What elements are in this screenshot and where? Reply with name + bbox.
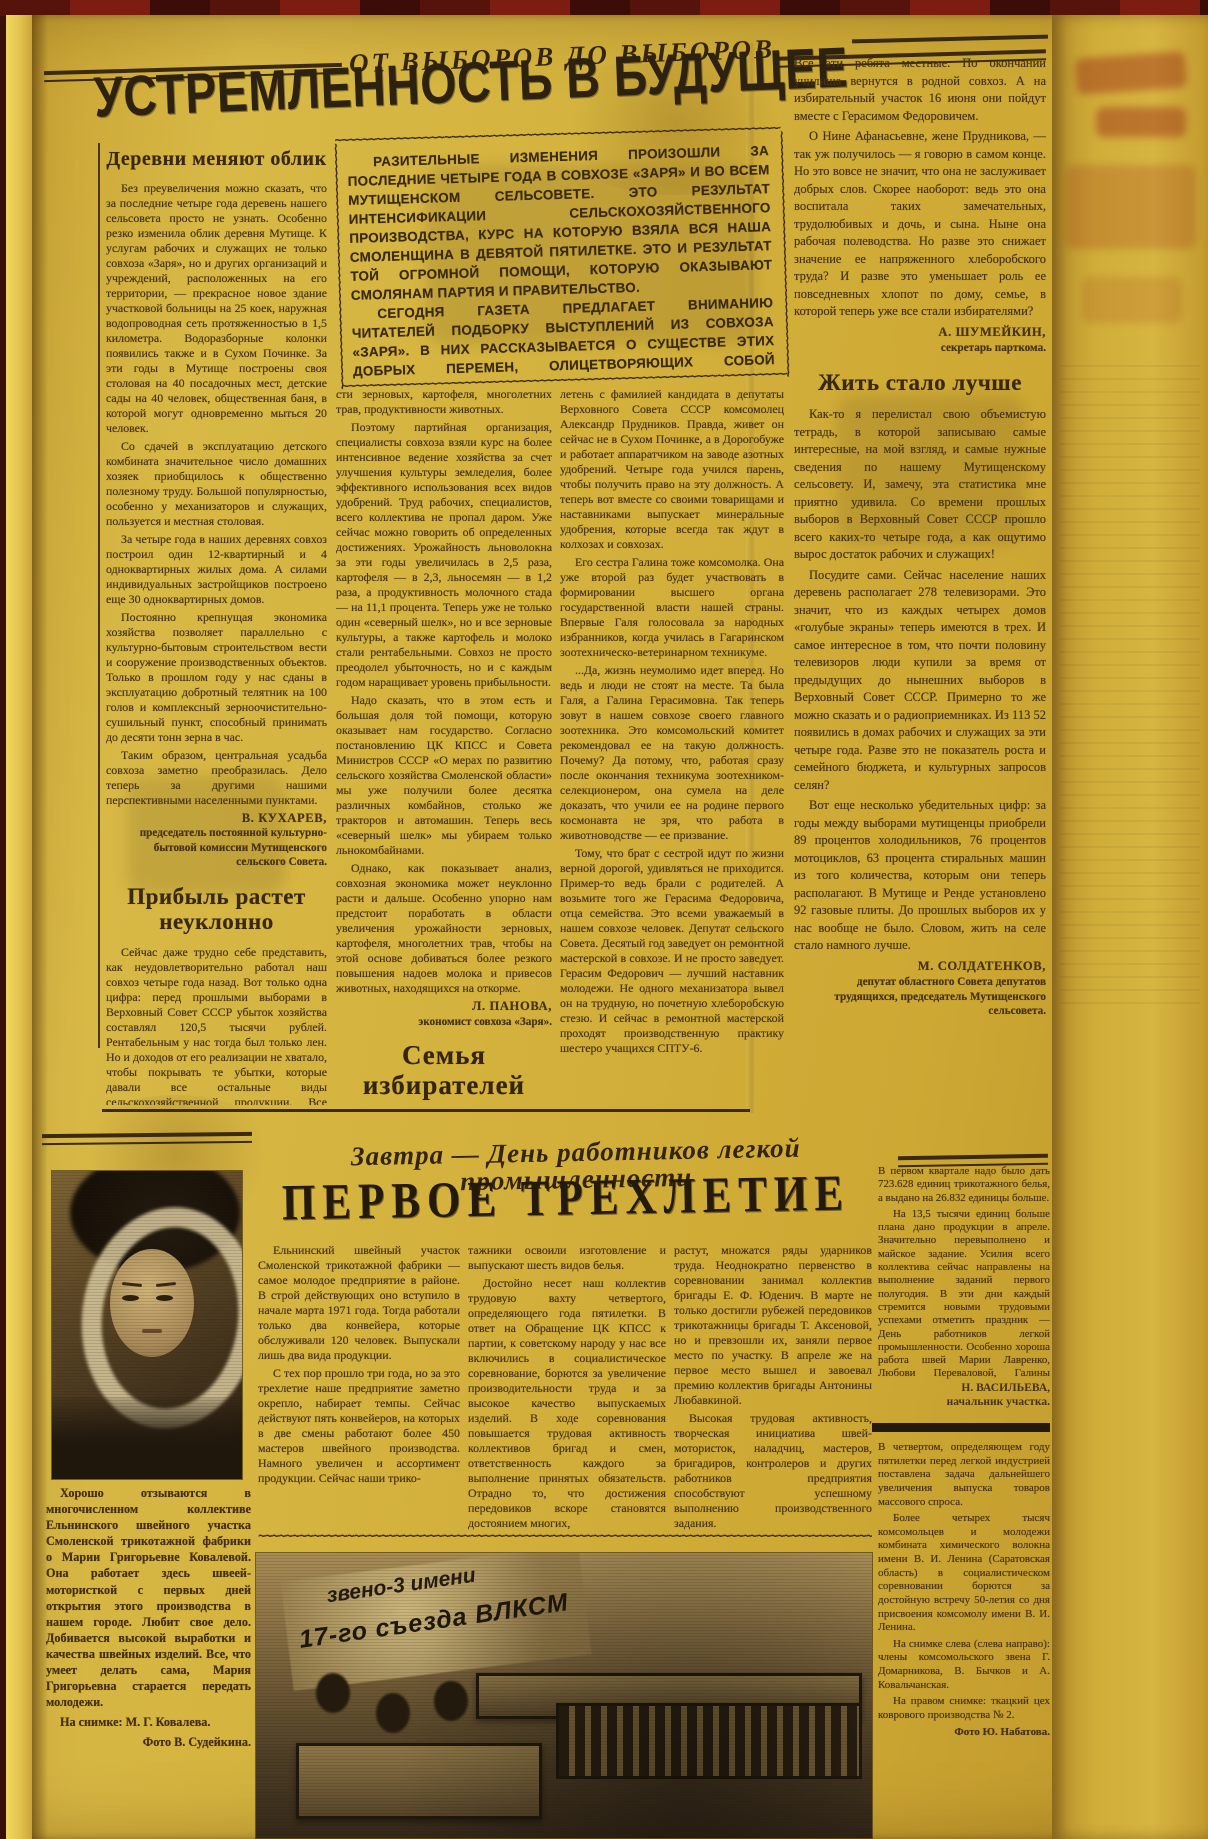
body-text: Более четырех тысяч комсомольцев и молод… <box>878 1512 1050 1635</box>
body-text: растут, множатся ряды ударников труда. Н… <box>674 1243 872 1408</box>
red-print-smudge <box>1082 277 1182 323</box>
signature: Л. ПАНОВА, экономист совхоза «Заря». <box>336 999 552 1029</box>
top-rule <box>852 35 1048 44</box>
body-text: На правом снимке: ткацкий цех коврового … <box>878 1695 1050 1722</box>
signature-name: А. ШУМЕЙКИН, <box>794 324 1046 342</box>
signature-name: Л. ПАНОВА, <box>336 999 552 1015</box>
lead-paragraph: СЕГОДНЯ ГАЗЕТА ПРЕДЛАГАЕТ ВНИМАНИЮ ЧИТАТ… <box>351 293 775 379</box>
column-right: Все эти ребята местные. По окончании учи… <box>794 55 1046 1083</box>
body-text: В четвертом, определяющем году пятилетки… <box>878 1441 1050 1509</box>
signature-role: экономист совхоза «Заря». <box>336 1015 552 1029</box>
body-text: На снимке слева (слева направо): члены к… <box>878 1638 1050 1693</box>
wavy-border-left: ~~~~~~~~~~~~~~~~~~~~~~~~~~~~~~~~~~~~~~~~ <box>331 143 346 389</box>
article-title-family: Семья избирателей <box>336 1041 552 1100</box>
body-text: Ельнинский швейный участок Смоленской тр… <box>258 1243 460 1363</box>
signature-role: депутат областного Совета депутатов труд… <box>794 975 1046 1018</box>
body-text: летень с фамилией кандидата в депутаты В… <box>560 387 784 552</box>
red-print-smudge <box>1075 51 1187 95</box>
column-middle-2: летень с фамилией кандидата в депутаты В… <box>560 387 784 1137</box>
adjacent-page-fragment <box>1052 15 1208 1839</box>
bottom-right-column: В первом квартале надо было дать 723.628… <box>878 1165 1050 1379</box>
body-text: Все эти ребята местные. По окончании учи… <box>794 55 1046 125</box>
article-title-profit: Прибыль растет неуклонно <box>106 885 327 935</box>
column-middle-1: сти зерновых, картофеля, многолетних тра… <box>336 387 552 1103</box>
photo-caption: Хорошо отзываются в многочисленном колле… <box>46 1485 251 1755</box>
photo-woman-portrait <box>52 1171 242 1479</box>
signature-role: начальник участка. <box>947 1396 1050 1408</box>
signature: Н. ВАСИЛЬЕВА, начальник участка. <box>878 1381 1050 1410</box>
red-print-smudge <box>1096 107 1186 137</box>
photo-credit: Фото Ю. Набатова. <box>878 1726 1050 1740</box>
body-text: Поэтому партийная организация, специалис… <box>336 420 552 690</box>
body-text: тажники освоили изготовление и выпускают… <box>468 1243 666 1273</box>
heavy-rule <box>872 1423 1050 1432</box>
signature: М. СОЛДАТЕНКОВ, депутат областного Совет… <box>794 958 1046 1019</box>
body-text: На 13,5 тысячи единиц больше плана дано … <box>878 1208 1050 1379</box>
caption-note: На снимке: М. Г. Ковалева. <box>46 1714 251 1730</box>
faint-text-lines <box>1060 365 1200 1005</box>
column-rule <box>98 143 100 1048</box>
body-text: О Нине Афанасьевне, жене Прудникова, — т… <box>794 128 1046 321</box>
halftone-overlay <box>52 1171 242 1479</box>
scan-top-border <box>0 0 1208 16</box>
banner-rule-left <box>42 1132 252 1145</box>
lead-box: ~~~~~~~~~~~~~~~~~~~~~~~~~~~~~~~~~~~~~~~~… <box>335 131 788 389</box>
wavy-border-right: ~~~~~~~~~~~~~~~~~~~~~~~~~~~~~~~~~~~~~~~~ <box>776 131 791 377</box>
signature: В. КУХАРЕВ, председатель постоянной куль… <box>106 811 327 870</box>
newspaper-page: ОТ ВЫБОРОВ ДО ВЫБОРОВ УСТРЕМЛЕННОСТЬ В Б… <box>6 15 1208 1839</box>
body-text: сти зерновых, картофеля, многолетних тра… <box>336 387 552 417</box>
halftone-overlay <box>256 1553 872 1838</box>
lead-paragraph: РАЗИТЕЛЬНЫЕ ИЗМЕНЕНИЯ ПРОИЗОШЛИ ЗА ПОСЛЕ… <box>347 141 773 305</box>
body-text: Постоянно крепнущая экономика хозяйства … <box>106 610 327 745</box>
red-print-smudge <box>1066 165 1196 249</box>
signature-name: В. КУХАРЕВ, <box>106 811 327 827</box>
body-text: ...Да, жизнь неумолимо идет вперед. Но в… <box>560 663 784 843</box>
body-text: Сейчас даже трудно себе представить, как… <box>106 945 327 1105</box>
body-text: Однако, как показывает анализ, совхозная… <box>336 861 552 996</box>
bottom-column-3: растут, множатся ряды ударников труда. Н… <box>674 1243 872 1539</box>
body-text: Тому, что брат с сестрой идут по жизни в… <box>560 846 784 1056</box>
body-text: Со сдачей в эксплуатацию детского комбин… <box>106 439 327 529</box>
bottom-column-1: Ельнинский швейный участок Смоленской тр… <box>258 1243 460 1539</box>
page-edge <box>6 15 32 1839</box>
body-text: Вот еще несколько убедительных цифр: за … <box>794 797 1046 955</box>
body-text: С тех пор прошло три года, но за это тре… <box>258 1366 460 1486</box>
caption-text: Хорошо отзываются в многочисленном колле… <box>46 1485 251 1710</box>
signature-role: председатель постоянной культурно-бытово… <box>106 826 327 869</box>
photo-credit: Фото В. Судейкина. <box>46 1734 251 1750</box>
body-text: За четыре года в наших деревнях совхоз п… <box>106 532 327 607</box>
body-text: Его сестра Галина тоже комсомолка. Она у… <box>560 555 784 660</box>
newspaper-scan: { "masthead": { "kicker": "ОТ ВЫБОРОВ ДО… <box>0 0 1208 1839</box>
body-text: Таким образом, центральная усадьба совхо… <box>106 748 327 808</box>
body-text: Надо сказать, что в этом есть и большая … <box>336 693 552 858</box>
column-left: Деревни меняют облик Без преувеличения м… <box>106 145 327 1105</box>
article-title-villages: Деревни меняют облик <box>106 149 327 171</box>
bottom-headline: ПЕРВОЕ ТРЕХЛЕТИЕ <box>258 1168 875 1229</box>
section-rule <box>102 1109 750 1112</box>
body-text: Посудите сами. Сейчас население наших де… <box>794 567 1046 795</box>
bottom-column-2: тажники освоили изготовление и выпускают… <box>468 1243 666 1539</box>
signature: А. ШУМЕЙКИН, секретарь парткома. <box>794 324 1046 356</box>
body-text: Без преувеличения можно сказать, что за … <box>106 181 327 436</box>
body-text: Достойно несет наш коллектив трудовую ва… <box>468 1276 666 1531</box>
body-text: Высокая трудовая активность, творческая … <box>674 1411 872 1531</box>
article-title-life: Жить стало лучше <box>794 371 1046 396</box>
tass-item: В четвертом, определяющем году пятилетки… <box>878 1441 1050 1837</box>
signature-role: секретарь парткома. <box>794 341 1046 355</box>
signature-name: Н. ВАСИЛЬЕВА, <box>961 1382 1050 1394</box>
photo-knitting-shop: звено-3 имени 17-го съезда ВЛКСМ <box>256 1553 872 1838</box>
wavy-rule: ~~~~~~~~~~~~~~~~~~~~~~~~~~~~~~~~~~~~~~~~… <box>258 1533 872 1541</box>
signature-name: М. СОЛДАТЕНКОВ, <box>794 958 1046 976</box>
body-text: Как-то я перелистал свою объемистую тетр… <box>794 406 1046 564</box>
body-text: В первом квартале надо было дать 723.628… <box>878 1165 1050 1205</box>
